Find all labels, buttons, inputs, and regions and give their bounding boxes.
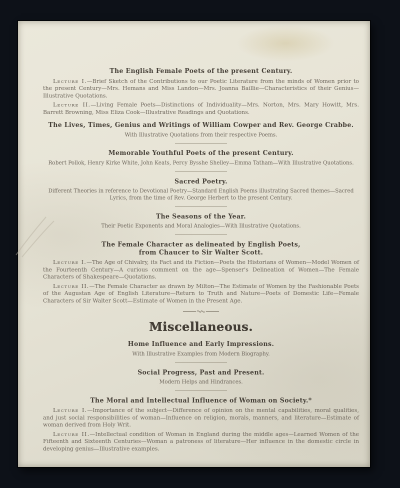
lecture-text: —Intellectual condition of Woman in Engl…	[43, 431, 359, 452]
section-subtitle: Their Poetic Exponents and Moral Analogi…	[43, 223, 359, 230]
section-home-influence: Home Influence and Early Impressions. Wi…	[43, 340, 359, 363]
section-subtitle: Robert Pollok, Henry Kirke White, John K…	[43, 160, 359, 167]
lecture-label: Lecture I.	[53, 259, 86, 266]
section-subtitle: With Illustrative Examples from Modern B…	[43, 351, 359, 358]
section-subtitle: With Illustrative Quotations from their …	[43, 132, 359, 139]
section-title: The Seasons of the Year.	[43, 212, 359, 220]
lecture-text: —Importance of the subject—Difference of…	[43, 407, 359, 428]
lecture-paragraph: Lecture I.—Brief Sketch of the Contribut…	[43, 78, 359, 100]
section-title: Memorable Youthful Poets of the present …	[43, 149, 359, 157]
lecture-label: Lecture I.	[53, 407, 87, 414]
lecture-label: Lecture II.	[53, 283, 89, 290]
section-sacred-poetry: Sacred Poetry. Different Theories in ref…	[43, 177, 359, 206]
lecture-label: Lecture II.	[53, 431, 90, 438]
section-female-character: The Female Character as delineated by En…	[43, 240, 359, 314]
section-title: The English Female Poets of the present …	[43, 67, 359, 75]
section-title: Social Progress, Past and Present.	[43, 368, 359, 376]
lecture-paragraph: Lecture II.—Intellectual condition of Wo…	[43, 431, 359, 453]
section-divider	[175, 143, 227, 144]
ornament-divider	[182, 309, 220, 315]
section-title: Sacred Poetry.	[43, 177, 359, 185]
miscellaneous-heading: Miscellaneous.	[43, 320, 359, 335]
section-divider	[175, 234, 227, 235]
lecture-text: —Brief Sketch of the Contributions to ou…	[43, 78, 359, 99]
section-title: The Lives, Times, Genius and Writings of…	[43, 121, 359, 129]
section-title: The Moral and Intellectual Influence of …	[43, 396, 359, 404]
lecture-paragraph: Lecture II.—Living Female Poets—Distinct…	[43, 102, 359, 117]
page-content: The English Female Poets of the present …	[43, 67, 359, 458]
section-divider	[175, 206, 227, 207]
document-page: The English Female Poets of the present …	[18, 21, 370, 467]
lecture-paragraph: Lecture I.—The Age of Chivalry, its Fact…	[43, 259, 359, 281]
section-cowper-crabbe: The Lives, Times, Genius and Writings of…	[43, 121, 359, 144]
section-influence-of-woman: The Moral and Intellectual Influence of …	[43, 396, 359, 452]
section-subtitle: Modern Helps and Hindrances.	[43, 379, 359, 386]
lecture-label: Lecture II.	[53, 102, 91, 109]
section-english-female-poets: The English Female Poets of the present …	[43, 67, 359, 116]
section-divider	[175, 171, 227, 172]
lecture-label: Lecture I.	[53, 78, 87, 85]
section-social-progress: Social Progress, Past and Present. Moder…	[43, 368, 359, 391]
lecture-text: —The Age of Chivalry, its Fact and its F…	[43, 259, 359, 280]
section-subtitle: Different Theories in reference to Devot…	[43, 188, 359, 202]
section-divider	[175, 390, 227, 391]
section-divider	[175, 362, 227, 363]
section-title: The Female Character as delineated by En…	[94, 240, 309, 256]
section-youthful-poets: Memorable Youthful Poets of the present …	[43, 149, 359, 172]
section-seasons: The Seasons of the Year. Their Poetic Ex…	[43, 212, 359, 235]
section-title: Home Influence and Early Impressions.	[43, 340, 359, 348]
lecture-paragraph: Lecture I.—Importance of the subject—Dif…	[43, 407, 359, 429]
lecture-text: —Living Female Poets—Distinctions of Ind…	[43, 102, 359, 116]
lecture-paragraph: Lecture II.—The Female Character as draw…	[43, 283, 359, 305]
lecture-text: —The Female Character as drawn by Milton…	[43, 283, 359, 304]
